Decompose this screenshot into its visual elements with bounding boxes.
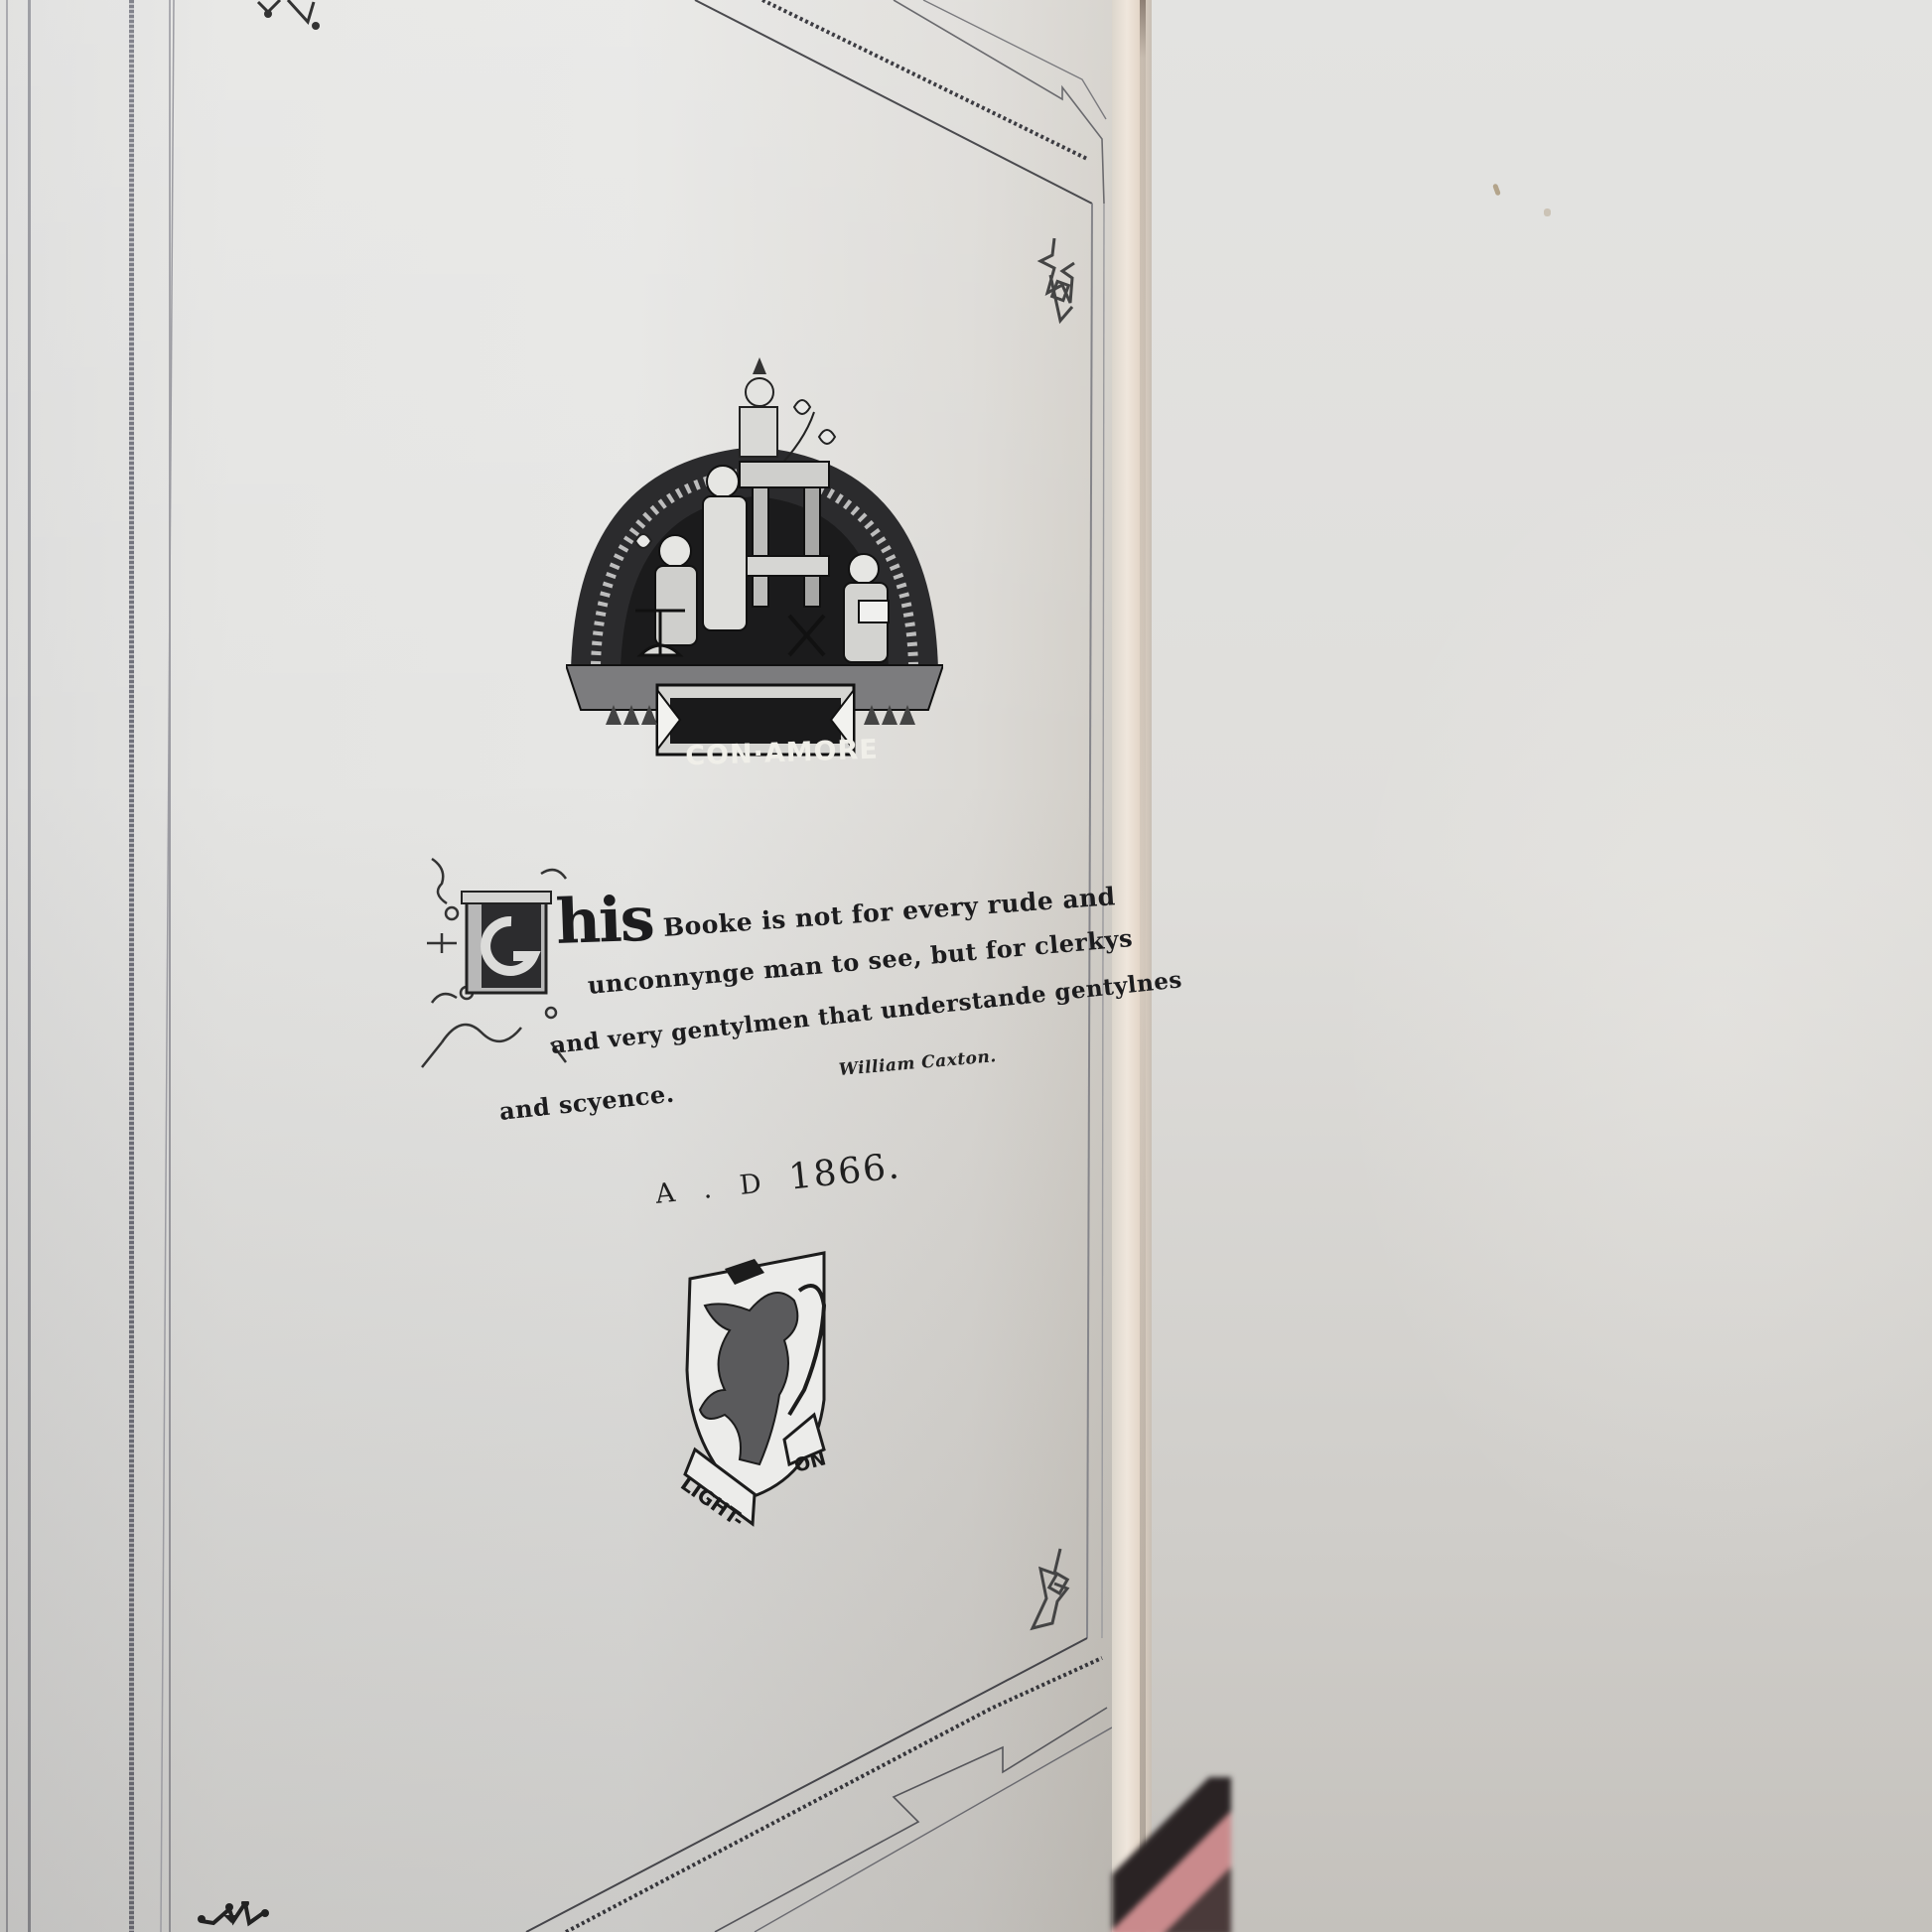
star-ornament-top-right-icon xyxy=(1033,233,1082,343)
crown-ornament-top-left-icon xyxy=(238,0,347,40)
con-amore-banner: CON·AMORE xyxy=(694,727,869,778)
foxing-speck xyxy=(1492,184,1501,197)
star-ornament-bottom-right-icon xyxy=(1023,1544,1072,1653)
quote-first-word: his xyxy=(555,883,654,958)
book-photo: CON·AMORE his Booke is not for every rud… xyxy=(0,0,1932,1932)
book-cover-edge xyxy=(1112,1777,1231,1932)
printing-press-vignette-icon xyxy=(566,352,943,794)
gutter-shadow xyxy=(1140,0,1146,1932)
crown-ornament-bottom-left-icon xyxy=(194,1901,303,1932)
foxing-speck xyxy=(1544,208,1551,216)
right-page-blank xyxy=(1152,0,1932,1932)
